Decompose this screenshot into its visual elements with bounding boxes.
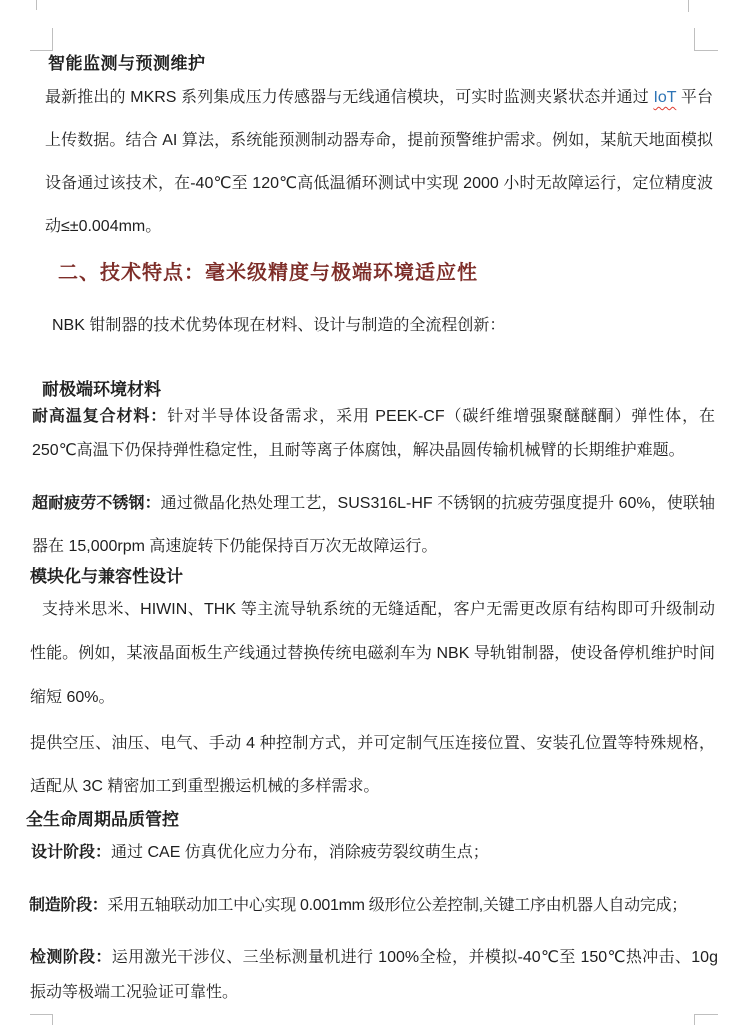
para-fatigue-steel: 超耐疲劳不锈钢：通过微晶化热处理工艺，SUS316L-HF 不锈钢的抗疲劳强度提… xyxy=(32,482,715,568)
text-boundary-tick-top-left xyxy=(36,0,37,10)
run-in-label-inspection-stage: 检测阶段： xyxy=(30,949,112,966)
text-boundary-corner-top-left xyxy=(30,28,53,51)
text-boundary-corner-bottom-right xyxy=(694,1014,718,1025)
para-design-stage-text: 通过 CAE 仿真优化应力分布，消除疲劳裂纹萌生点； xyxy=(111,844,489,861)
para-nbk-intro: NBK 钳制器的技术优势体现在材料、设计与制造的全流程创新： xyxy=(52,304,713,347)
para-smart-monitoring: 最新推出的 MKRS 系列集成压力传感器与无线通信模块，可实时监测夹紧状态并通过… xyxy=(45,76,713,248)
text-boundary-corner-top-right xyxy=(694,28,718,51)
iot-link[interactable]: IoT xyxy=(653,89,676,106)
para-rail-compatibility: 支持米思米、HIWIN、THK 等主流导轨系统的无缝适配，客户无需更改原有结构即… xyxy=(30,588,715,720)
para-inspection-stage-text: 运用激光干涉仪、三坐标测量机进行 100%全检，并模拟-40℃至 150℃热冲击… xyxy=(30,949,718,1001)
para-smart-monitoring-text-b: 平台上传数据。结合 AI 算法，系统能预测制动器寿命，提前预警维护需求。例如，某… xyxy=(45,89,713,235)
para-manufacture-stage: 制造阶段：采用五轴联动加工中心实现 0.001mm 级形位公差控制,关键工序由机… xyxy=(29,894,721,918)
document-page: 智能监测与预测维护 最新推出的 MKRS 系列集成压力传感器与无线通信模块，可实… xyxy=(0,0,751,1025)
para-inspection-stage: 检测阶段：运用激光干涉仪、三坐标测量机进行 100%全检，并模拟-40℃至 15… xyxy=(30,940,718,1010)
para-smart-monitoring-text-a: 最新推出的 MKRS 系列集成压力传感器与无线通信模块，可实时监测夹紧状态并通过 xyxy=(45,89,653,106)
para-design-stage: 设计阶段：通过 CAE 仿真优化应力分布，消除疲劳裂纹萌生点； xyxy=(31,841,721,865)
para-manufacture-stage-text: 采用五轴联动加工中心实现 0.001mm 级形位公差控制,关键工序由机器人自动完… xyxy=(108,897,687,914)
para-high-temp-material: 耐高温复合材料：针对半导体设备需求，采用 PEEK-CF（碳纤维增强聚醚醚酮）弹… xyxy=(32,400,715,468)
para-control-modes: 提供空压、油压、电气、手动 4 种控制方式，并可定制气压连接位置、安装孔位置等特… xyxy=(30,722,715,808)
run-in-label-design-stage: 设计阶段： xyxy=(31,844,111,861)
subheading-modular-design: 模块化与兼容性设计 xyxy=(30,562,183,587)
run-in-label-manufacture-stage: 制造阶段： xyxy=(29,897,108,914)
section-heading-technical-features: 二、技术特点：毫米级精度与极端环境适应性 xyxy=(58,256,478,285)
heading-smart-monitoring: 智能监测与预测维护 xyxy=(48,49,206,74)
run-in-label-fatigue-steel: 超耐疲劳不锈钢： xyxy=(32,495,161,512)
subheading-extreme-environment-material: 耐极端环境材料 xyxy=(42,375,161,400)
text-boundary-corner-bottom-left xyxy=(30,1014,53,1025)
run-in-label-high-temp: 耐高温复合材料： xyxy=(32,408,167,425)
text-boundary-tick-top-right xyxy=(688,0,689,12)
subheading-lifecycle-quality: 全生命周期品质管控 xyxy=(26,805,179,830)
